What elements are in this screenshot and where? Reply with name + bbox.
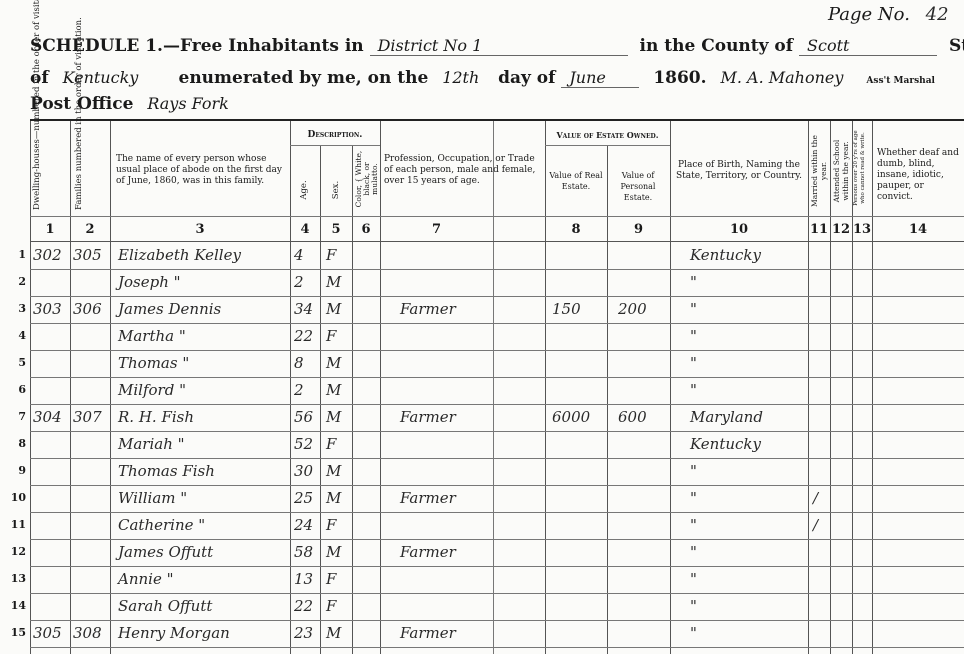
family-number: 306 — [73, 300, 102, 318]
birthplace-value: " — [690, 327, 697, 345]
row-number: 15 — [8, 626, 26, 639]
age-value: 22 — [294, 327, 313, 345]
page-number-value: 42 — [926, 4, 949, 25]
age-value: 34 — [294, 300, 313, 318]
family-number: 307 — [73, 408, 102, 426]
post-office-field: Rays Fork — [139, 94, 387, 113]
row-divider — [30, 296, 964, 297]
row-divider — [30, 593, 964, 594]
col6-header: Color, { White, black, or mulatto. — [355, 146, 379, 212]
family-number: 305 — [73, 246, 102, 264]
age-value: 2 — [294, 381, 304, 399]
occupation-value: Farmer — [400, 489, 456, 507]
person-name: Henry Morgan — [118, 624, 230, 642]
county-label: in the County of — [640, 36, 794, 56]
age-value: 58 — [294, 543, 313, 561]
personal-estate-value: 600 — [618, 408, 647, 426]
birthplace-value: Maryland — [690, 408, 763, 426]
real-estate-value: 150 — [552, 300, 581, 318]
sex-value: M — [326, 273, 341, 291]
birthplace-value: " — [690, 489, 697, 507]
row-divider — [30, 566, 964, 567]
age-value: 22 — [294, 597, 313, 615]
person-name: Joseph " — [118, 273, 181, 291]
col-number-6: 6 — [352, 222, 380, 237]
family-number: 308 — [73, 624, 102, 642]
row-divider — [30, 458, 964, 459]
row-divider — [30, 269, 964, 270]
sex-value: M — [326, 354, 341, 372]
married-mark: / — [813, 516, 818, 534]
age-value: 8 — [294, 354, 304, 372]
col4-header: Age. — [299, 170, 309, 210]
sex-value: M — [326, 408, 341, 426]
row-number: 4 — [8, 329, 26, 342]
sex-value: F — [326, 327, 336, 345]
page-number-label: Page No. 42 — [828, 4, 949, 25]
birthplace-value: " — [690, 381, 697, 399]
age-value: 2 — [294, 273, 304, 291]
col-number-12: 12 — [830, 222, 852, 237]
person-name: Mariah " — [118, 435, 185, 453]
day-of-label: day of — [498, 68, 555, 88]
col-number-9: 9 — [607, 222, 670, 237]
row-number: 11 — [8, 518, 26, 531]
sex-value: M — [326, 462, 341, 480]
col3-header: The name of every person whose usual pla… — [116, 154, 286, 187]
marshal-label: Ass't Marshal — [866, 76, 935, 86]
col-number-5: 5 — [320, 222, 352, 237]
row-number: 8 — [8, 437, 26, 450]
year-label: 1860. — [653, 68, 706, 88]
age-value: 25 — [294, 489, 313, 507]
occupation-value: Farmer — [400, 543, 456, 561]
person-name: Annie " — [118, 570, 174, 588]
occupation-value: Farmer — [400, 300, 456, 318]
birthplace-value: Kentucky — [690, 435, 761, 453]
person-name: James Dennis — [118, 300, 221, 318]
age-value: 52 — [294, 435, 313, 453]
enumerated-label: enumerated by me, on the — [179, 68, 429, 88]
col2-header: Families numbered in the order of visita… — [74, 120, 84, 210]
row-number: 5 — [8, 356, 26, 369]
marshal-field: M. A. Mahoney — [712, 68, 860, 87]
day-field: 12th — [434, 68, 492, 87]
birthplace-value: " — [690, 516, 697, 534]
state-label: State — [949, 36, 964, 56]
row-number: 14 — [8, 599, 26, 612]
col11-header: Married within the year. — [810, 130, 828, 212]
row-divider — [30, 377, 964, 378]
sex-value: F — [326, 246, 336, 264]
col9-header: Value of Personal Estate. — [609, 170, 667, 203]
col-number-2: 2 — [70, 222, 110, 237]
row-number: 6 — [8, 383, 26, 396]
person-name: Catherine " — [118, 516, 205, 534]
person-name: R. H. Fish — [118, 408, 194, 426]
sex-value: F — [326, 570, 336, 588]
schedule-title-line: SCHEDULE 1.—Free Inhabitants in District… — [30, 36, 964, 56]
col-number-14: 14 — [872, 222, 964, 237]
estate-group-header: Value of Estate Owned. — [545, 130, 670, 141]
dwelling-number: 304 — [33, 408, 62, 426]
col-number-1: 1 — [30, 222, 70, 237]
row-number: 1 — [8, 248, 26, 261]
row-number: 9 — [8, 464, 26, 477]
occupation-value: Farmer — [400, 408, 456, 426]
county-field: Scott — [799, 36, 937, 56]
col13-header: Persons over 20 y'rs of age who cannot r… — [853, 124, 866, 212]
married-mark: / — [813, 489, 818, 507]
birthplace-value: " — [690, 570, 697, 588]
age-value: 13 — [294, 570, 313, 588]
sex-value: F — [326, 597, 336, 615]
age-value: 30 — [294, 462, 313, 480]
row-number: 7 — [8, 410, 26, 423]
birthplace-value: " — [690, 462, 697, 480]
col-number-10: 10 — [670, 222, 808, 237]
state-field: Kentucky — [55, 68, 173, 87]
sex-value: M — [326, 489, 341, 507]
sex-value: F — [326, 516, 336, 534]
col10-header: Place of Birth, Naming the State, Territ… — [675, 160, 803, 182]
row-divider — [30, 485, 964, 486]
row-divider — [30, 350, 964, 351]
person-name: James Offutt — [118, 543, 213, 561]
month-field: June — [561, 68, 639, 88]
dwelling-number: 302 — [33, 246, 62, 264]
row-number: 3 — [8, 302, 26, 315]
person-name: Thomas Fish — [118, 462, 215, 480]
col5-header: Sex. — [331, 170, 341, 210]
person-name: Thomas " — [118, 354, 189, 372]
real-estate-value: 6000 — [552, 408, 590, 426]
col-number-7: 7 — [380, 222, 493, 237]
col14-header: Whether deaf and dumb, blind, insane, id… — [877, 148, 961, 203]
col8-header: Value of Real Estate. — [547, 170, 605, 192]
col12-header: Attended School within the year. — [832, 130, 850, 212]
person-name: William " — [118, 489, 187, 507]
birthplace-value: Kentucky — [690, 246, 761, 264]
personal-estate-value: 200 — [618, 300, 647, 318]
col-number-4: 4 — [290, 222, 320, 237]
row-number: 12 — [8, 545, 26, 558]
age-value: 4 — [294, 246, 304, 264]
col1-header: Dwelling-houses—numbered in the order of… — [32, 120, 42, 210]
district-field: District No 1 — [370, 36, 628, 56]
age-value: 24 — [294, 516, 313, 534]
person-name: Milford " — [118, 381, 186, 399]
row-divider — [30, 323, 964, 324]
row-divider — [30, 512, 964, 513]
birthplace-value: " — [690, 273, 697, 291]
birthplace-value: " — [690, 624, 697, 642]
sex-value: M — [326, 381, 341, 399]
sex-value: M — [326, 624, 341, 642]
dwelling-number: 305 — [33, 624, 62, 642]
person-name: Sarah Offutt — [118, 597, 212, 615]
col-number-11: 11 — [808, 222, 830, 237]
table-top-rule — [30, 119, 964, 121]
col-number-8: 8 — [545, 222, 607, 237]
age-value: 23 — [294, 624, 313, 642]
sex-value: M — [326, 543, 341, 561]
person-name: Elizabeth Kelley — [118, 246, 241, 264]
row-number: 13 — [8, 572, 26, 585]
col7-header: Profession, Occupation, or Trade of each… — [384, 154, 540, 187]
sex-value: F — [326, 435, 336, 453]
birthplace-value: " — [690, 300, 697, 318]
dwelling-number: 303 — [33, 300, 62, 318]
col-number-3: 3 — [110, 222, 290, 237]
enumeration-line: of Kentucky enumerated by me, on the 12t… — [30, 68, 935, 88]
birthplace-value: " — [690, 543, 697, 561]
row-number: 10 — [8, 491, 26, 504]
row-number: 2 — [8, 275, 26, 288]
sex-value: M — [326, 300, 341, 318]
description-group-header: Description. — [290, 130, 380, 141]
row-divider — [30, 647, 964, 648]
row-divider — [30, 539, 964, 540]
birthplace-value: " — [690, 354, 697, 372]
age-value: 56 — [294, 408, 313, 426]
col-number-13: 13 — [852, 222, 872, 237]
row-divider — [30, 431, 964, 432]
occupation-value: Farmer — [400, 624, 456, 642]
birthplace-value: " — [690, 597, 697, 615]
page-label: Page No. — [828, 4, 910, 25]
person-name: Martha " — [118, 327, 186, 345]
row-divider — [30, 620, 964, 621]
row-divider — [30, 404, 964, 405]
